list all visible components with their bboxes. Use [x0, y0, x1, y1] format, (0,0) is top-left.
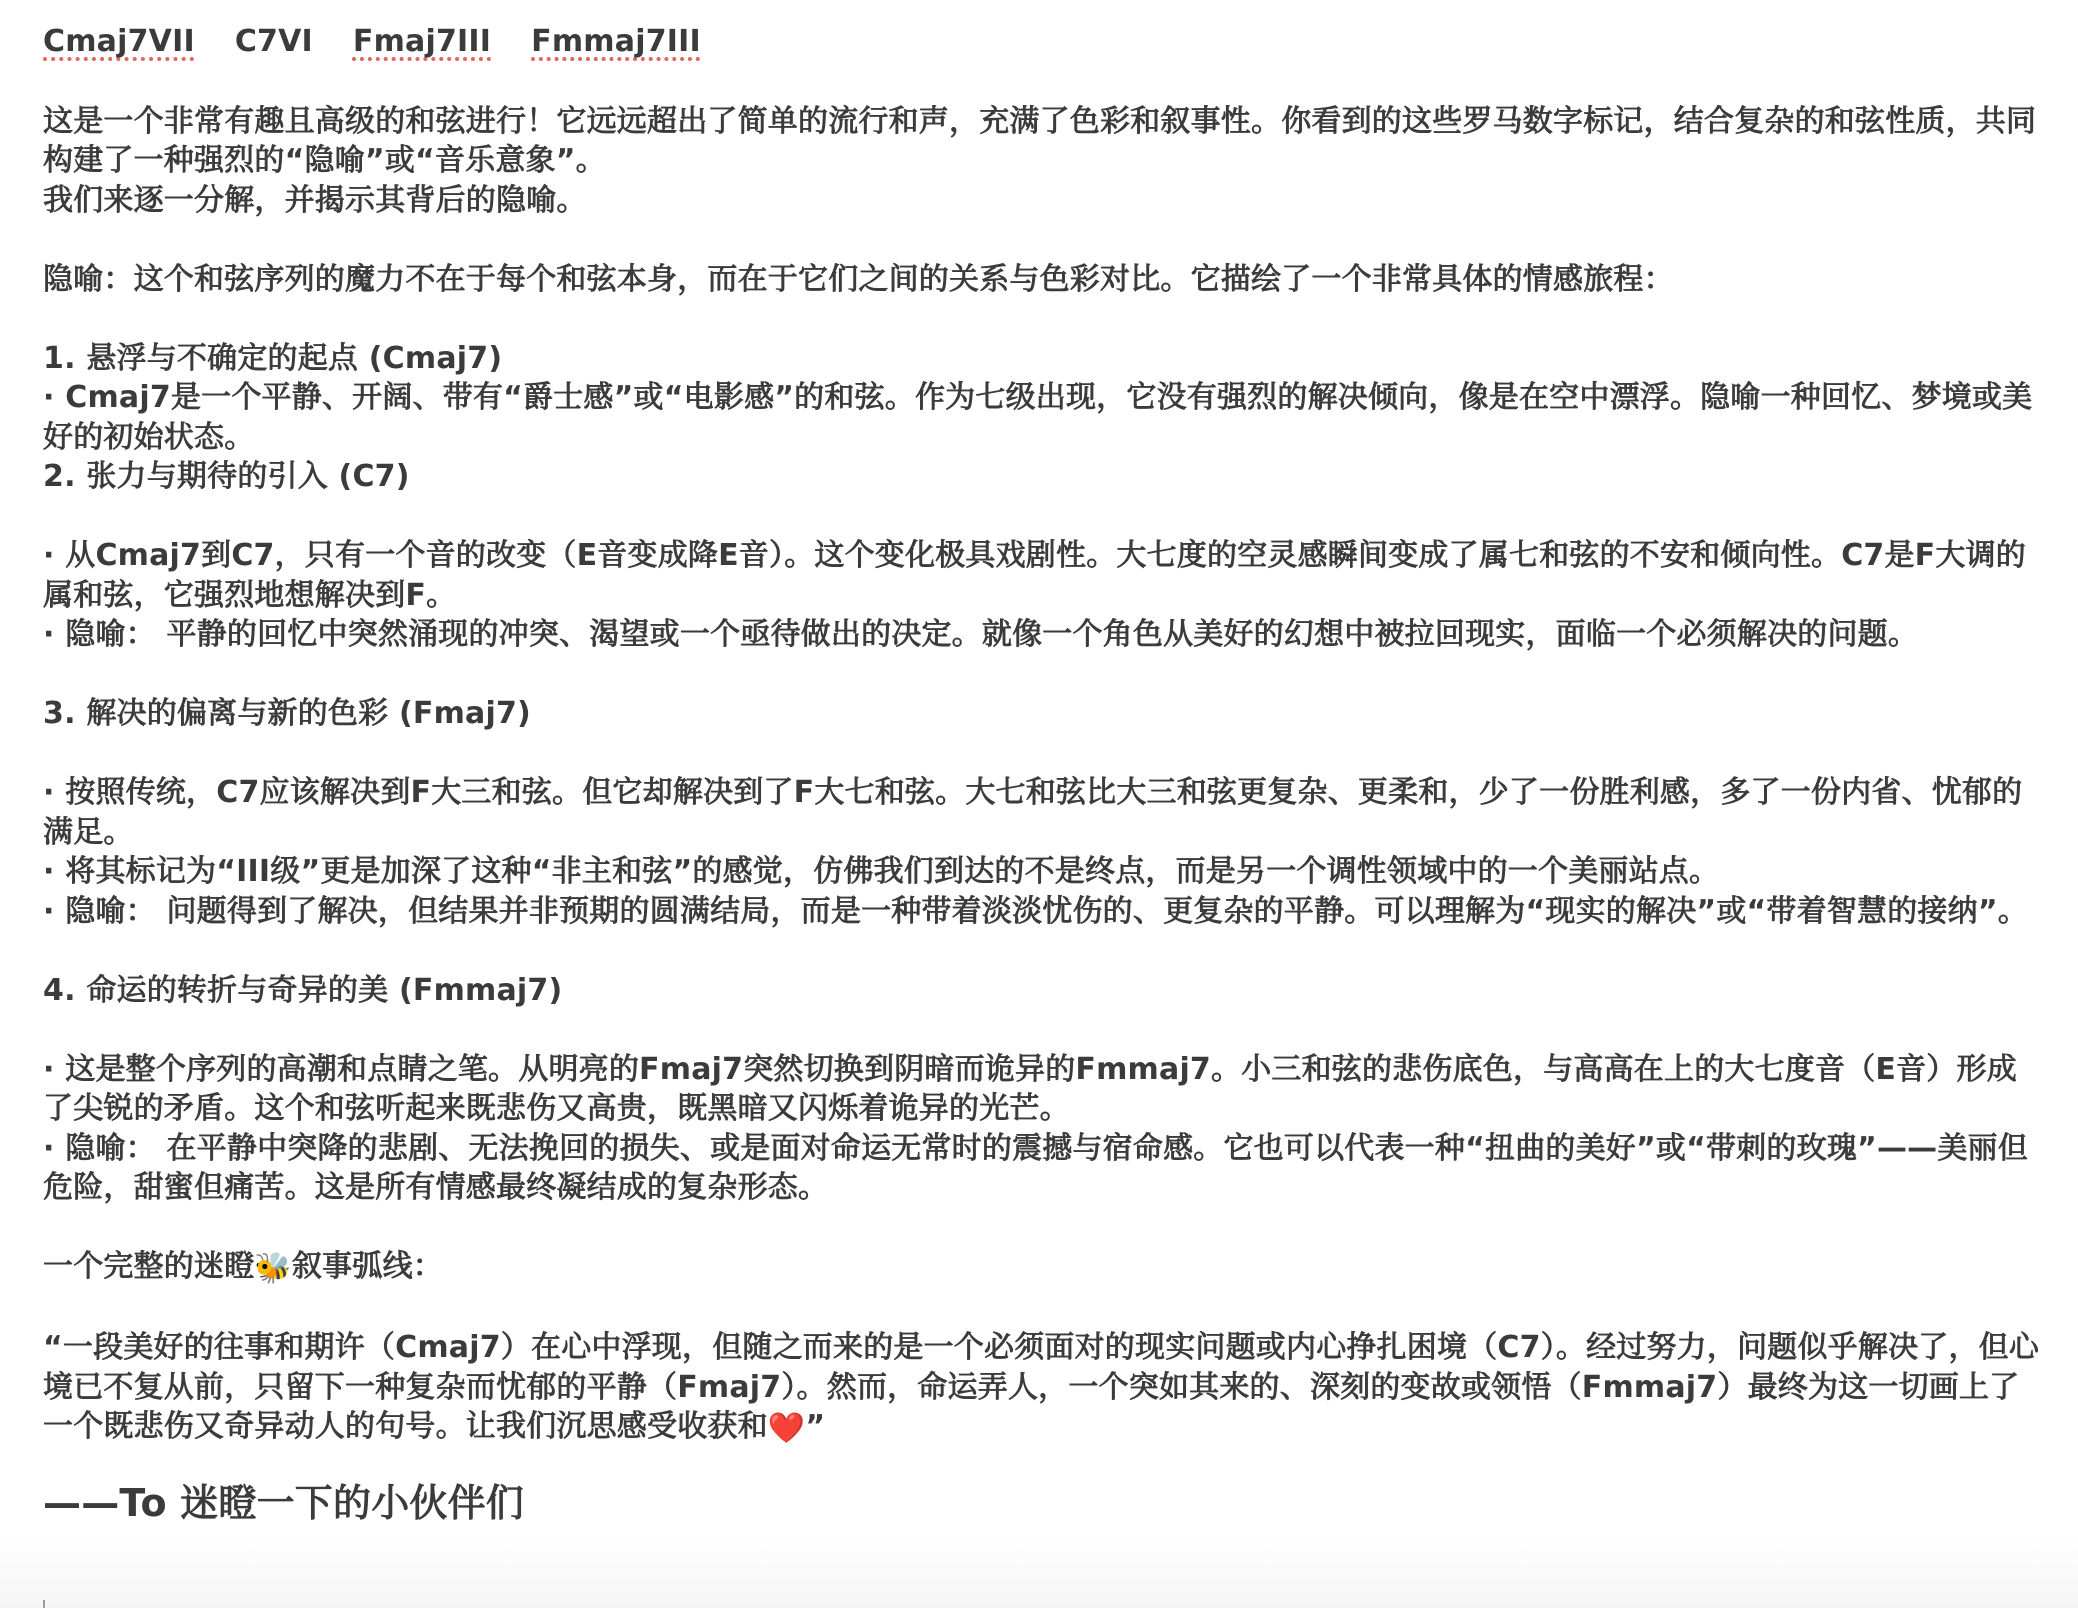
- intro-paragraph-2: 我们来逐一分解，并揭示其背后的隐喻。: [43, 181, 2043, 221]
- section-4-bullet: · 这是整个序列的高潮和点睛之笔。从明亮的Fmaj7突然切换到阴暗而诡异的Fmm…: [43, 1050, 2043, 1129]
- blank-line: [43, 734, 2043, 774]
- section-heading-1: 1. 悬浮与不确定的起点 (Cmaj7): [43, 339, 2043, 379]
- section-3-bullet: · 将其标记为“III级”更是加深了这种“非主和弦”的感觉，仿佛我们到达的不是终…: [43, 852, 2043, 892]
- section-4-bullet: · 隐喻： 在平静中突降的悲剧、无法挽回的损失、或是面对命运无常时的震撼与宿命感…: [43, 1129, 2043, 1208]
- section-1-bullet: · Cmaj7是一个平静、开阔、带有“爵士感”或“电影感”的和弦。作为七级出现，…: [43, 378, 2043, 457]
- chord-label[interactable]: C7VI: [235, 22, 313, 62]
- metaphor-intro: 隐喻：这个和弦序列的魔力不在于每个和弦本身，而在于它们之间的关系与色彩对比。它描…: [43, 260, 2043, 300]
- blank-line: [43, 931, 2043, 971]
- document-body[interactable]: Cmaj7VII C7VI Fmaj7III Fmmaj7III 这是一个非常有…: [43, 22, 2043, 1527]
- blank-line: [43, 1010, 2043, 1050]
- blank-line: [43, 299, 2043, 339]
- section-heading-4: 4. 命运的转折与奇异的美 (Fmmaj7): [43, 971, 2043, 1011]
- bottom-fade: [0, 1538, 2078, 1608]
- chord-progression-line: Cmaj7VII C7VI Fmaj7III Fmmaj7III: [43, 22, 2043, 62]
- section-heading-2: 2. 张力与期待的引入 (C7): [43, 457, 2043, 497]
- blank-line: [43, 655, 2043, 695]
- signature-line: ——To 迷瞪一下的小伙伴们: [43, 1479, 2043, 1527]
- blank-line: [43, 497, 2043, 537]
- arc-prefix: 一个完整的迷瞪: [43, 1249, 254, 1284]
- quote-text: “一段美好的往事和期许（Cmaj7）在心中浮现，但随之而来的是一个必须面对的现实…: [43, 1330, 2039, 1444]
- quote-end: ”: [805, 1409, 825, 1444]
- section-3-bullet: · 隐喻： 问题得到了解决，但结果并非预期的圆满结局，而是一种带着淡淡忧伤的、更…: [43, 892, 2043, 932]
- bee-icon: 🐝: [254, 1249, 292, 1289]
- section-2-bullet: · 从Cmaj7到C7，只有一个音的改变（E音变成降E音）。这个变化极具戏剧性。…: [43, 536, 2043, 615]
- heart-icon: ❤️: [768, 1409, 806, 1449]
- chord-label[interactable]: Fmaj7III: [353, 22, 491, 62]
- arc-suffix: 叙事弧线：: [292, 1249, 443, 1284]
- blank-line: [43, 1208, 2043, 1248]
- narrative-quote: “一段美好的往事和期许（Cmaj7）在心中浮现，但随之而来的是一个必须面对的现实…: [43, 1328, 2043, 1449]
- chord-label[interactable]: Cmaj7VII: [43, 22, 195, 62]
- text-cursor: [43, 1600, 45, 1608]
- blank-line: [43, 220, 2043, 260]
- chord-label[interactable]: Fmmaj7III: [531, 22, 701, 62]
- blank-line: [43, 1289, 2043, 1329]
- narrative-arc-heading: 一个完整的迷瞪🐝叙事弧线：: [43, 1247, 2043, 1289]
- intro-paragraph: 这是一个非常有趣且高级的和弦进行！它远远超出了简单的流行和声，充满了色彩和叙事性…: [43, 102, 2043, 181]
- section-heading-3: 3. 解决的偏离与新的色彩 (Fmaj7): [43, 694, 2043, 734]
- section-2-bullet: · 隐喻： 平静的回忆中突然涌现的冲突、渴望或一个亟待做出的决定。就像一个角色从…: [43, 615, 2043, 655]
- section-3-bullet: · 按照传统，C7应该解决到F大三和弦。但它却解决到了F大七和弦。大七和弦比大三…: [43, 773, 2043, 852]
